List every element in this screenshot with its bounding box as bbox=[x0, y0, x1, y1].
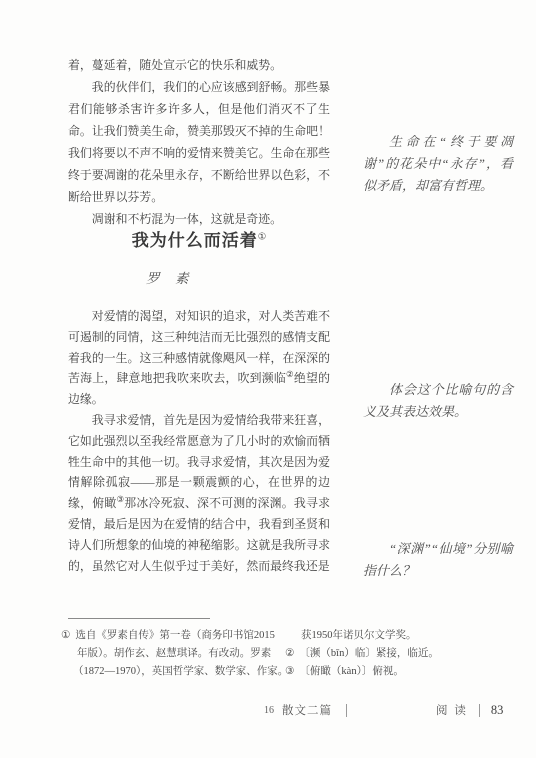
paragraph: 对爱情的渴望，对知识的追求，对人类苦难不可遏制的同情，这三种纯洁而无比强烈的感情… bbox=[68, 306, 330, 410]
footnote-marker: ① bbox=[61, 630, 70, 641]
margin-note: “深渊”“仙境”分别喻指什么？ bbox=[363, 538, 513, 582]
footnote-text: 〔俯瞰（kàn）〕俯视。 bbox=[299, 666, 403, 677]
footer-lesson-info: 16 散文二篇 bbox=[264, 702, 347, 718]
lesson-number: 16 bbox=[264, 705, 274, 716]
main-text-column: 着，蔓延着，随处宣示它的快乐和威势。 我的伙伴们，我们的心应该感到舒畅。那些暴君… bbox=[68, 54, 330, 576]
footnote-marker: ② bbox=[285, 648, 294, 659]
section-label: 阅 读 bbox=[436, 702, 468, 718]
footer-page-info: 阅 读 83 bbox=[436, 702, 503, 718]
footnote-marker: ③ bbox=[285, 666, 294, 677]
footnote-divider bbox=[68, 618, 210, 619]
footnote-line: （1872—1970），英国哲学家、数学家、作家。 bbox=[61, 663, 285, 681]
footnote-line: 获1950年诺贝尔文学奖。 bbox=[285, 627, 510, 645]
footnote-text: 〔濒（bīn）临〕紧接，临近。 bbox=[299, 648, 438, 659]
margin-note: 体会这个比喻句的含义及其表达效果。 bbox=[363, 379, 513, 423]
footnote-line: ③〔俯瞰（kàn）〕俯视。 bbox=[285, 663, 510, 681]
paragraph: 凋谢和不朽混为一体，这就是奇迹。 bbox=[68, 208, 330, 230]
paragraph: 我寻求爱情，首先是因为爱情给我带来狂喜，它如此强烈以至我经常愿意为了几小时的欢愉… bbox=[68, 410, 330, 576]
footnote-line: ①选自《罗素自传》第一卷（商务印书馆2015 bbox=[61, 627, 285, 645]
author-name: 罗 素 bbox=[146, 269, 330, 288]
footnotes-left-column: ①选自《罗素自传》第一卷（商务印书馆2015 年版）。胡作玄、赵慧琪译。有改动。… bbox=[61, 627, 285, 681]
footnote-line: 年版）。胡作玄、赵慧琪译。有改动。罗素 bbox=[61, 645, 285, 663]
article-title: 我为什么而活着① bbox=[68, 230, 330, 252]
page-number: 83 bbox=[491, 703, 504, 718]
footnotes-right-column: 获1950年诺贝尔文学奖。 ②〔濒（bīn）临〕紧接，临近。 ③〔俯瞰（kàn）… bbox=[285, 627, 510, 681]
footnote-line: ②〔濒（bīn）临〕紧接，临近。 bbox=[285, 645, 510, 663]
paragraph-continuation: 着，蔓延着，随处宣示它的快乐和威势。 bbox=[68, 54, 330, 76]
footer-divider bbox=[479, 704, 480, 717]
margin-note: 生命在“终于要凋谢”的花朵中“永存”，看似矛盾，却富有哲理。 bbox=[363, 131, 513, 197]
article-title-text: 我为什么而活着 bbox=[132, 231, 258, 250]
paragraph: 我的伙伴们，我们的心应该感到舒畅。那些暴君们能够杀害许多许多人，但是他们消灭不了… bbox=[68, 76, 330, 208]
footnote-ref-2: ② bbox=[286, 369, 294, 379]
footnote-text: 选自《罗素自传》第一卷（商务印书馆2015 bbox=[75, 630, 275, 641]
footnote-ref-1: ① bbox=[258, 232, 267, 242]
lesson-title: 散文二篇 bbox=[282, 702, 332, 718]
footer-divider bbox=[346, 704, 347, 717]
